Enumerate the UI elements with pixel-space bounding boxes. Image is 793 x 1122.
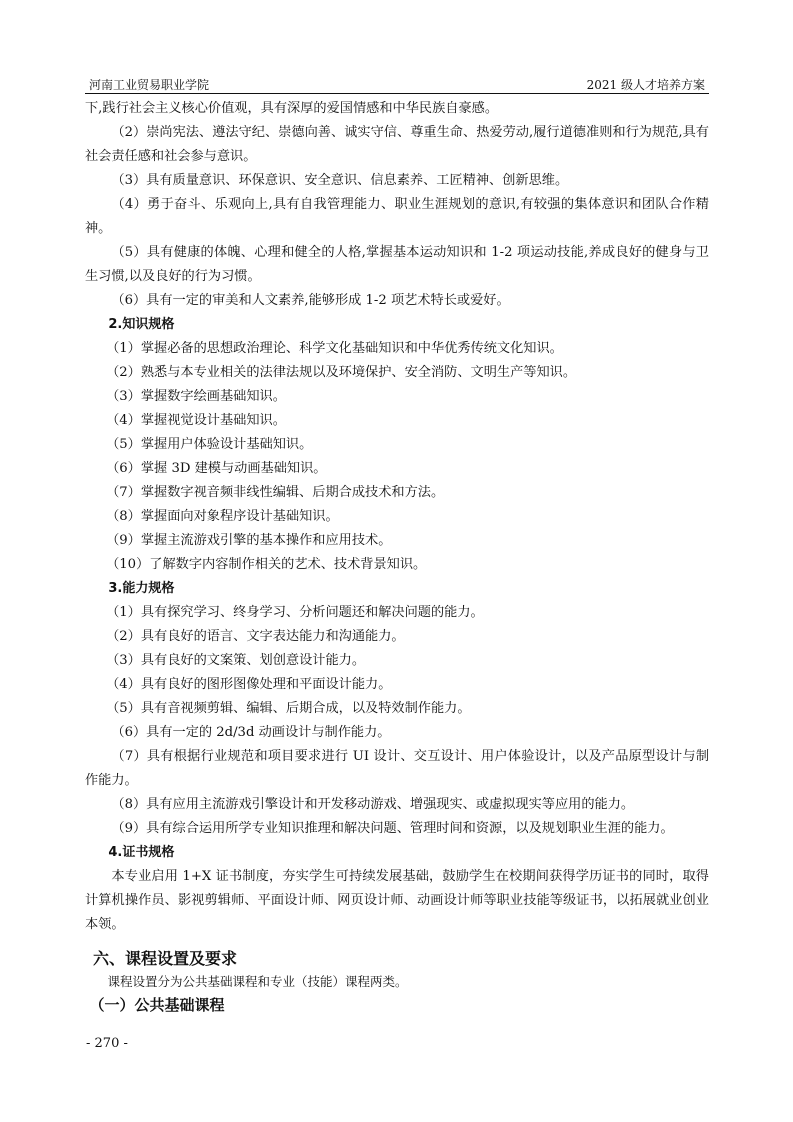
knowledge-item: （2）熟悉与本专业相关的法律法规以及环境保护、安全消防、文明生产等知识。 — [85, 361, 709, 385]
knowledge-item: （6）掌握 3D 建模与动画基础知识。 — [85, 457, 709, 481]
ability-item: （6）具有一定的 2d/3d 动画设计与制作能力。 — [85, 721, 709, 745]
section-6-intro: 课程设置分为公共基础课程和专业（技能）课程两类。 — [85, 971, 709, 993]
knowledge-item: （8）掌握面向对象程序设计基础知识。 — [85, 505, 709, 529]
quality-item: （3）具有质量意识、环保意识、安全意识、信息素养、工匠精神、创新思维。 — [85, 169, 709, 193]
quality-item: （4）勇于奋斗、乐观向上,具有自我管理能力、职业生涯规划的意识,有较强的集体意识… — [85, 193, 709, 241]
ability-item: （3）具有良好的文案策、划创意设计能力。 — [85, 649, 709, 673]
quality-item: （2）崇尚宪法、遵法守纪、崇德向善、诚实守信、尊重生命、热爱劳动,履行道德准则和… — [85, 121, 709, 169]
knowledge-item: （7）掌握数字视音频非线性编辑、后期合成技术和方法。 — [85, 481, 709, 505]
knowledge-item: （4）掌握视觉设计基础知识。 — [85, 409, 709, 433]
header-institution: 河南工业贸易职业学院 — [89, 76, 209, 93]
page-number: - 270 - — [86, 1036, 128, 1051]
ability-item: （4）具有良好的图形图像处理和平面设计能力。 — [85, 673, 709, 697]
page-header: 河南工业贸易职业学院 2021 级人才培养方案 — [85, 74, 709, 94]
knowledge-item: （1）掌握必备的思想政治理论、科学文化基础知识和中华优秀传统文化知识。 — [85, 337, 709, 361]
document-body: 下,践行社会主义核心价值观，具有深厚的爱国情感和中华民族自豪感。 （2）崇尚宪法… — [85, 97, 709, 1017]
ability-heading: 3.能力规格 — [85, 577, 709, 601]
section-6-subheading: （一）公共基础课程 — [85, 993, 709, 1017]
ability-item: （2）具有良好的语言、文字表达能力和沟通能力。 — [85, 625, 709, 649]
ability-item: （5）具有音视频剪辑、编辑、后期合成，以及特效制作能力。 — [85, 697, 709, 721]
ability-item: （9）具有综合运用所学专业知识推理和解决问题、管理时间和资源，以及规划职业生涯的… — [85, 817, 709, 841]
certificate-heading: 4.证书规格 — [85, 841, 709, 865]
ability-item: （7）具有根据行业规范和项目要求进行 UI 设计、交互设计、用户体验设计，以及产… — [85, 745, 709, 793]
ability-item: （8）具有应用主流游戏引擎设计和开发移动游戏、增强现实、或虚拟现实等应用的能力。 — [85, 793, 709, 817]
certificate-text: 本专业启用 1+X 证书制度，夯实学生可持续发展基础，鼓励学生在校期间获得学历证… — [85, 865, 709, 937]
quality-continuation: 下,践行社会主义核心价值观，具有深厚的爱国情感和中华民族自豪感。 — [85, 97, 709, 121]
quality-item: （6）具有一定的审美和人文素养,能够形成 1-2 项艺术特长或爱好。 — [85, 289, 709, 313]
knowledge-item: （10）了解数字内容制作相关的艺术、技术背景知识。 — [85, 553, 709, 577]
knowledge-item: （3）掌握数字绘画基础知识。 — [85, 385, 709, 409]
quality-item: （5）具有健康的体魄、心理和健全的人格,掌握基本运动知识和 1-2 项运动技能,… — [85, 241, 709, 289]
knowledge-item: （9）掌握主流游戏引擎的基本操作和应用技术。 — [85, 529, 709, 553]
section-6-heading: 六、课程设置及要求 — [85, 947, 709, 971]
knowledge-item: （5）掌握用户体验设计基础知识。 — [85, 433, 709, 457]
knowledge-heading: 2.知识规格 — [85, 313, 709, 337]
header-doc-title: 2021 级人才培养方案 — [587, 76, 705, 93]
ability-item: （1）具有探究学习、终身学习、分析问题还和解决问题的能力。 — [85, 601, 709, 625]
